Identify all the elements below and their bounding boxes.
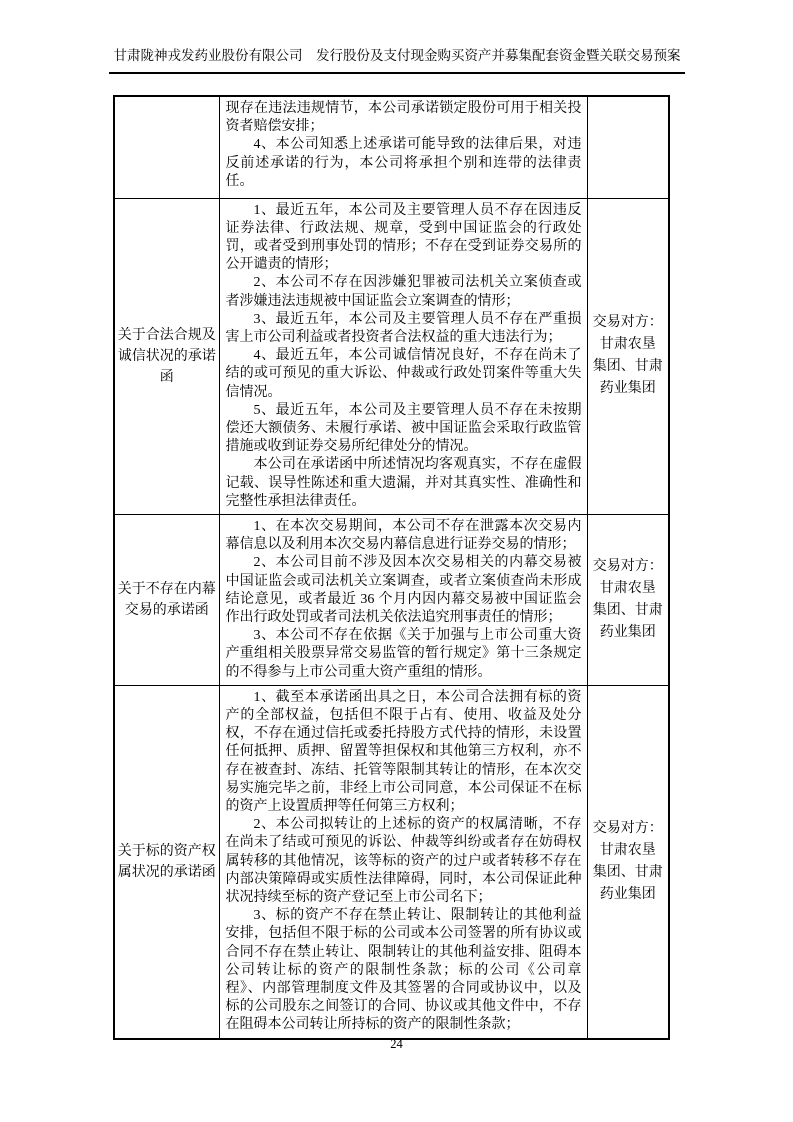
counterparty-cell: 交易对方： 甘肃农垦 集团、甘肃 药业集团 xyxy=(587,685,669,1038)
commitment-paragraph: 2、本公司拟转让的上述标的资产的权属清晰，不存在尚未了结或可预见的诉讼、仲裁等纠… xyxy=(226,816,582,907)
commitment-content-cell: 1、在本次交易期间，本公司不存在泄露本次交易内幕信息以及利用本次交易内幕信息进行… xyxy=(219,514,587,685)
table-row-no-insider-trading: 关于不存在内幕 交易的承诺函 1、在本次交易期间，本公司不存在泄露本次交易内幕信… xyxy=(114,514,669,685)
commitment-paragraph: 1、最近五年，本公司及主要管理人员不存在因违反证券法律、行政法规、规章，受到中国… xyxy=(226,202,582,275)
commitment-paragraph: 本公司在承诺函中所述情况均客观真实，不存在虚假记载、误导性陈述和重大遗漏，并对其… xyxy=(226,456,582,511)
counterparty-cell xyxy=(587,96,669,198)
commitment-paragraph: 2、本公司目前不涉及因本次交易相关的内幕交易被中国证监会或司法机关立案调查，或者… xyxy=(226,554,582,627)
commitment-label-cell: 关于不存在内幕 交易的承诺函 xyxy=(114,514,219,685)
commitments-table-body: 现存在违法违规情节，本公司承诺锁定股份可用于相关投资者赔偿安排；4、本公司知悉上… xyxy=(114,96,669,1039)
commitment-paragraph: 1、截至本承诺函出具之日，本公司合法拥有标的资产的全部权益，包括但不限于占有、使… xyxy=(226,689,582,816)
commitment-label-cell xyxy=(114,96,219,198)
commitment-paragraph: 4、最近五年，本公司诚信情况良好，不存在尚未了结的或可预见的重大诉讼、仲裁或行政… xyxy=(226,347,582,402)
page-number: 24 xyxy=(390,1037,403,1051)
document-title: 甘肃陇神戎发药业股份有限公司 发行股份及支付现金购买资产并募集配套资金暨关联交易… xyxy=(114,48,681,63)
commitment-paragraph: 2、本公司不存在因涉嫌犯罪被司法机关立案侦查或者涉嫌违法违规被中国证监会立案调查… xyxy=(226,274,582,310)
commitment-content-cell: 1、截至本承诺函出具之日，本公司合法拥有标的资产的全部权益，包括但不限于占有、使… xyxy=(219,685,587,1038)
commitment-content-cell: 现存在违法违规情节，本公司承诺锁定股份可用于相关投资者赔偿安排；4、本公司知悉上… xyxy=(219,96,587,198)
commitment-paragraph: 现存在违法违规情节，本公司承诺锁定股份可用于相关投资者赔偿安排； xyxy=(226,100,582,136)
table-row-legal-compliance: 关于合法合规及 诚信状况的承诺 函 1、最近五年，本公司及主要管理人员不存在因违… xyxy=(114,198,669,514)
commitment-paragraph: 3、本公司不存在依据《关于加强与上市公司重大资产重组相关股票异常交易监管的暂行规… xyxy=(226,627,582,682)
document-page: 甘肃陇神戎发药业股份有限公司 发行股份及支付现金购买资产并募集配套资金暨关联交易… xyxy=(0,0,793,1122)
counterparty-cell: 交易对方： 甘肃农垦 集团、甘肃 药业集团 xyxy=(587,198,669,514)
table-row-continuation: 现存在违法违规情节，本公司承诺锁定股份可用于相关投资者赔偿安排；4、本公司知悉上… xyxy=(114,96,669,198)
commitment-label-cell: 关于合法合规及 诚信状况的承诺 函 xyxy=(114,198,219,514)
table-row-asset-ownership: 关于标的资产权 属状况的承诺函 1、截至本承诺函出具之日，本公司合法拥有标的资产… xyxy=(114,685,669,1038)
commitment-paragraph: 4、本公司知悉上述承诺可能导致的法律后果，对违反前述承诺的行为，本公司将承担个别… xyxy=(226,136,582,191)
counterparty-cell: 交易对方： 甘肃农垦 集团、甘肃 药业集团 xyxy=(587,514,669,685)
commitment-label-cell: 关于标的资产权 属状况的承诺函 xyxy=(114,685,219,1038)
commitment-paragraph: 5、最近五年，本公司及主要管理人员不存在未按期偿还大额债务、未履行承诺、被中国证… xyxy=(226,402,582,457)
commitment-paragraph: 3、最近五年，本公司及主要管理人员不存在严重损害上市公司利益或者投资者合法权益的… xyxy=(226,311,582,347)
commitment-paragraph: 3、标的资产不存在禁止转让、限制转让的其他利益安排，包括但不限于标的公司或本公司… xyxy=(226,907,582,1034)
commitment-paragraph: 1、在本次交易期间，本公司不存在泄露本次交易内幕信息以及利用本次交易内幕信息进行… xyxy=(226,518,582,554)
page-footer: 24 xyxy=(0,1037,793,1052)
commitments-table: 现存在违法违规情节，本公司承诺锁定股份可用于相关投资者赔偿安排；4、本公司知悉上… xyxy=(113,95,670,1040)
page-header: 甘肃陇神戎发药业股份有限公司 发行股份及支付现金购买资产并募集配套资金暨关联交易… xyxy=(109,47,685,74)
commitment-content-cell: 1、最近五年，本公司及主要管理人员不存在因违反证券法律、行政法规、规章，受到中国… xyxy=(219,198,587,514)
